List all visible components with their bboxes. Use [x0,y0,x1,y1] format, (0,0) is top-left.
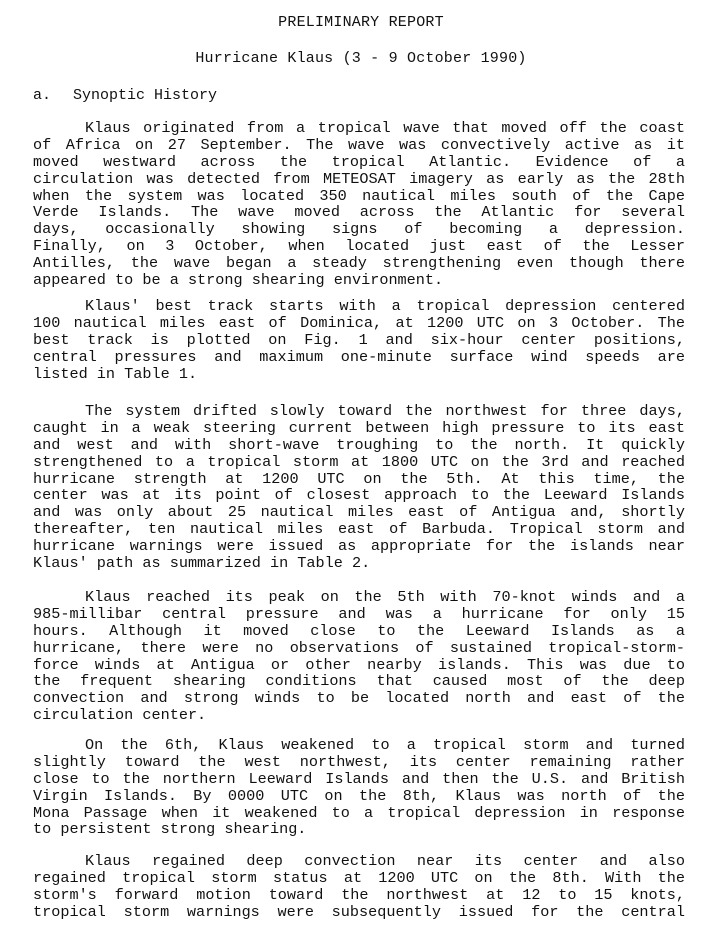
paragraph-line: moved westward across the tropical Atlan… [33,154,685,171]
paragraph-line: and was only about 25 nautical miles eas… [33,504,685,521]
paragraph-line: tropical storm warnings were subsequentl… [33,904,685,921]
paragraph-line: 100 nautical miles east of Dominica, at … [33,315,685,332]
paragraph-line: caught in a weak steering current betwee… [33,420,685,437]
paragraph-origin: Klaus originated from a tropical wave th… [33,120,685,289]
paragraph-line: when the system was located 350 nautical… [33,188,685,205]
paragraph-line: Klaus' path as summarized in Table 2. [33,555,685,572]
paragraph-drift: The system drifted slowly toward the nor… [33,403,685,572]
document-page: PRELIMINARY REPORT Hurricane Klaus (3 - … [0,0,722,947]
paragraph-line: Virgin Islands. By 0000 UTC on the 8th, … [33,788,685,805]
paragraph-line: thereafter, ten nautical miles east of B… [33,521,685,538]
report-subtitle: Hurricane Klaus (3 - 9 October 1990) [0,50,722,67]
paragraph-line: central pressures and maximum one-minute… [33,349,685,366]
paragraph-line: convection and strong winds to be locate… [33,690,685,707]
paragraph-line: force winds at Antigua or other nearby i… [33,657,685,674]
paragraph-line: listed in Table 1. [33,366,685,383]
paragraph-line: hurricane warnings were issued as approp… [33,538,685,555]
paragraph-line: and west and with short-wave troughing t… [33,437,685,454]
paragraph-line: storm's forward motion toward the northw… [33,887,685,904]
paragraph-line: The system drifted slowly toward the nor… [33,403,685,420]
paragraph-weakening: On the 6th, Klaus weakened to a tropical… [33,737,685,838]
paragraph-line: best track is plotted on Fig. 1 and six-… [33,332,685,349]
paragraph-line: hurricane, there were no observations of… [33,640,685,657]
paragraph-peak: Klaus reached its peak on the 5th with 7… [33,589,685,724]
paragraph-line: Verde Islands. The wave moved across the… [33,204,685,221]
paragraph-line: Mona Passage when it weakened to a tropi… [33,805,685,822]
paragraph-line: Antilles, the wave began a steady streng… [33,255,685,272]
paragraph-regained: Klaus regained deep convection near its … [33,853,685,921]
paragraph-line: hurricane strength at 1200 UTC on the 5t… [33,471,685,488]
paragraph-line: regained tropical storm status at 1200 U… [33,870,685,887]
paragraph-line: the frequent shearing conditions that ca… [33,673,685,690]
paragraph-line: hours. Although it moved close to the Le… [33,623,685,640]
paragraph-line: of Africa on 27 September. The wave was … [33,137,685,154]
section-heading: a.Synoptic History [33,87,217,104]
paragraph-line: to persistent strong shearing. [33,821,685,838]
paragraph-line: close to the northern Leeward Islands an… [33,771,685,788]
paragraph-line: Klaus reached its peak on the 5th with 7… [33,589,685,606]
section-label: a. [33,87,73,104]
report-title: PRELIMINARY REPORT [0,14,722,31]
paragraph-line: Klaus' best track starts with a tropical… [33,298,685,315]
paragraph-best-track: Klaus' best track starts with a tropical… [33,298,685,382]
paragraph-line: On the 6th, Klaus weakened to a tropical… [33,737,685,754]
paragraph-line: strengthened to a tropical storm at 1800… [33,454,685,471]
paragraph-line: circulation was detected from METEOSAT i… [33,171,685,188]
paragraph-line: appeared to be a strong shearing environ… [33,272,685,289]
paragraph-line: 985-millibar central pressure and was a … [33,606,685,623]
paragraph-line: Finally, on 3 October, when located just… [33,238,685,255]
paragraph-line: days, occasionally showing signs of beco… [33,221,685,238]
paragraph-line: Klaus originated from a tropical wave th… [33,120,685,137]
section-heading-text: Synoptic History [73,87,217,104]
paragraph-line: center was at its point of closest appro… [33,487,685,504]
paragraph-line: Klaus regained deep convection near its … [33,853,685,870]
paragraph-line: circulation center. [33,707,685,724]
paragraph-line: slightly toward the west northwest, its … [33,754,685,771]
